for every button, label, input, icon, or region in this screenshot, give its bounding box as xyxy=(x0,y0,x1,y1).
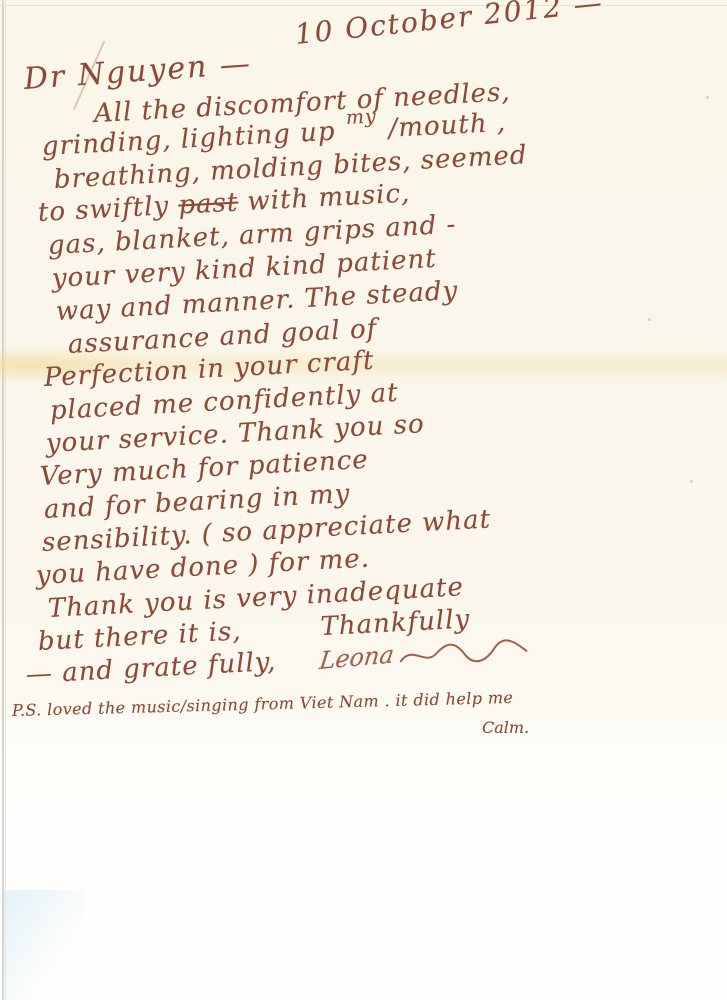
dust-speck xyxy=(648,318,651,321)
salutation: Dr Nguyen — xyxy=(23,46,253,97)
body-line-text: to swiftly xyxy=(37,191,170,228)
inserted-word: my xyxy=(345,105,377,129)
postscript-line: P.S. loved the music/singing from Viet N… xyxy=(12,688,514,720)
scan-edge-left-light xyxy=(5,0,6,1000)
body-line-text: /mouth , xyxy=(388,108,507,144)
signature-flourish xyxy=(398,637,529,670)
dust-speck xyxy=(706,96,709,99)
signature: Leona xyxy=(317,638,395,678)
struck-word: past xyxy=(178,188,239,221)
postscript-tail: Calm. xyxy=(482,718,529,737)
date-line: 10 October 2012 — xyxy=(293,0,605,51)
letter-paper: 10 October 2012 — Dr Nguyen — All the di… xyxy=(0,0,727,1000)
corner-tint xyxy=(4,890,84,1000)
dust-speck xyxy=(690,480,693,483)
scan-edge-top xyxy=(0,5,727,6)
scan-edge-left xyxy=(2,0,4,1000)
letter-body: All the discomfort of needles, grinding,… xyxy=(22,98,529,692)
